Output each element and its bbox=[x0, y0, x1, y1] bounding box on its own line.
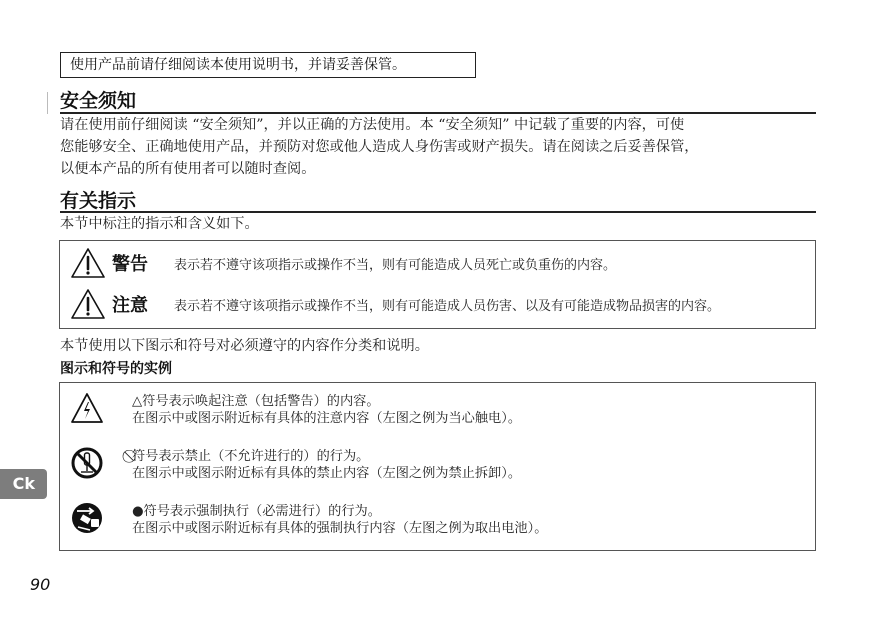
warning-triangle-icon bbox=[70, 247, 106, 279]
safety-paragraph-line: 以便本产品的所有使用者可以随时查阅。 bbox=[60, 158, 698, 180]
symbols-intro: 本节使用以下图示和符号对必须遵守的内容作分类和说明。 bbox=[60, 335, 429, 357]
example-text: ⃠符号表示禁止（不允许进行的）的行为。 在图示中或图示附近标有具体的禁止内容（左… bbox=[132, 448, 521, 482]
signal-row-warning: 警告 表示若不遵守该项指示或操作不当，则有可能造成人员死亡或负重伤的内容。 bbox=[60, 247, 616, 279]
signal-label-warning: 警告 bbox=[112, 250, 174, 276]
example-line: 在图示中或图示附近标有具体的注意内容（左图之例为当心触电）。 bbox=[132, 410, 521, 427]
signal-words-box: 警告 表示若不遵守该项指示或操作不当，则有可能造成人员死亡或负重伤的内容。 注意… bbox=[59, 240, 816, 329]
electric-shock-triangle-icon bbox=[70, 391, 104, 425]
language-tab[interactable]: Ck bbox=[0, 469, 47, 499]
safety-paragraph-line: 您能够安全、正确地使用产品，并预防对您或他人造成人身伤害或财产损失。请在阅读之后… bbox=[60, 136, 698, 158]
signal-label-caution: 注意 bbox=[112, 291, 174, 317]
signal-row-caution: 注意 表示若不遵守该项指示或操作不当，则有可能造成人员伤害、以及有可能造成物品损… bbox=[60, 288, 720, 320]
signals-intro: 本节中标注的指示和含义如下。 bbox=[60, 213, 259, 235]
example-line: △符号表示唤起注意（包括警告）的内容。 bbox=[132, 393, 521, 410]
example-text: △符号表示唤起注意（包括警告）的内容。 在图示中或图示附近标有具体的注意内容（左… bbox=[132, 393, 521, 427]
safety-title: 安全须知 bbox=[60, 86, 136, 113]
safety-paragraph-line: 请在使用前仔细阅读 “安全须知”，并以正确的方法使用。本 “安全须知” 中记载了… bbox=[60, 114, 698, 136]
page-number: 90 bbox=[30, 575, 50, 594]
margin-marker bbox=[47, 92, 48, 114]
notice-box: 使用产品前请仔细阅读本使用说明书，并请妥善保管。 bbox=[60, 52, 476, 78]
signal-text-caution: 表示若不遵守该项指示或操作不当，则有可能造成人员伤害、以及有可能造成物品损害的内… bbox=[174, 295, 720, 314]
signal-text-warning: 表示若不遵守该项指示或操作不当，则有可能造成人员死亡或负重伤的内容。 bbox=[174, 254, 616, 273]
example-line: ⃠符号表示禁止（不允许进行的）的行为。 bbox=[132, 448, 521, 465]
examples-box: △符号表示唤起注意（包括警告）的内容。 在图示中或图示附近标有具体的注意内容（左… bbox=[59, 382, 816, 551]
examples-title: 图示和符号的实例 bbox=[60, 358, 172, 378]
no-disassembly-icon bbox=[70, 446, 104, 480]
caution-triangle-icon bbox=[70, 288, 106, 320]
example-line: ●符号表示强制执行（必需进行）的行为。 bbox=[132, 503, 547, 520]
safety-paragraph: 请在使用前仔细阅读 “安全须知”，并以正确的方法使用。本 “安全须知” 中记载了… bbox=[60, 114, 698, 180]
example-line: 在图示中或图示附近标有具体的强制执行内容（左图之例为取出电池）。 bbox=[132, 520, 547, 537]
example-text: ●符号表示强制执行（必需进行）的行为。 在图示中或图示附近标有具体的强制执行内容… bbox=[132, 503, 547, 537]
signals-title: 有关指示 bbox=[60, 186, 136, 213]
example-line: 在图示中或图示附近标有具体的禁止内容（左图之例为禁止拆卸）。 bbox=[132, 465, 521, 482]
remove-battery-icon bbox=[70, 501, 104, 535]
